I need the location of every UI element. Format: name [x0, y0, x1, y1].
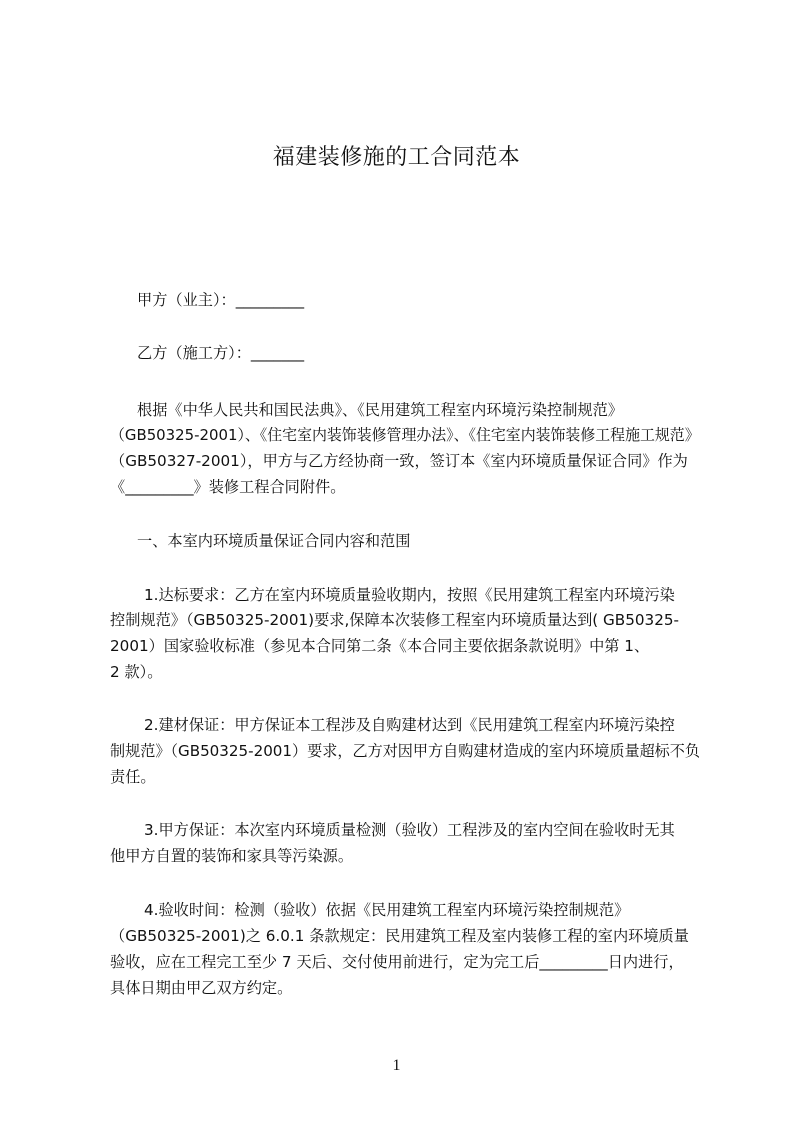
- intro-line: （GB50327-2001），甲方与乙方经协商一致，签订本《室内环境质量保证合同…: [110, 454, 688, 469]
- section-heading: 一、本室内环境质量保证合同内容和范围: [137, 534, 410, 549]
- clause-line: （GB50325-2001)之 6.0.1 条款规定：民用建筑工程及室内装修工程…: [110, 929, 689, 944]
- page-number: 1: [0, 1057, 793, 1075]
- intro-line: 《_________》装修工程合同附件。: [110, 480, 345, 495]
- clause-line: 他甲方自置的装饰和家具等污染源。: [110, 849, 353, 864]
- intro-line: （GB50325-2001）、《住宅室内装饰装修管理办法》、《住宅室内装饰装修工…: [110, 428, 700, 443]
- clause-line: 具体日期由甲乙双方约定。: [110, 981, 292, 996]
- document-title: 福建装修施的工合同范本: [0, 140, 793, 171]
- clause-line: 制规范》（GB50325-2001）要求，乙方对因甲方自购建材造成的室内环境质量…: [110, 744, 700, 759]
- document-page: 福建装修施的工合同范本 甲方（业主）：_________ 乙方（施工方）：___…: [0, 0, 793, 1122]
- party-b-field: 乙方（施工方）：_______: [137, 346, 304, 361]
- clause-line: 2001）国家验收标准（参见本合同第二条《本合同主要依据条款说明》中第 1、: [110, 639, 649, 654]
- intro-line: 根据《中华人民共和国民法典》、《民用建筑工程室内环境污染控制规范》: [137, 403, 623, 418]
- clause-line: 验收，应在工程完工至少 7 天后、交付使用前进行，定为完工后_________日…: [110, 955, 684, 970]
- clause-line: 3.甲方保证：本次室内环境质量检测（验收）工程涉及的室内空间在验收时无其: [144, 823, 675, 838]
- clause-line: 4.验收时间：检测（验收）依据《民用建筑工程室内环境污染控制规范》: [144, 903, 629, 918]
- clause-line: 1.达标要求：乙方在室内环境质量验收期内，按照《民用建筑工程室内环境污染: [144, 588, 675, 603]
- clause-line: 控制规范》（GB50325-2001)要求,保障本次装修工程室内环境质量达到( …: [110, 613, 679, 628]
- clause-line: 2 款）。: [110, 665, 162, 680]
- clause-line: 2.建材保证：甲方保证本工程涉及自购建材达到《民用建筑工程室内环境污染控: [144, 718, 675, 733]
- clause-line: 责任。: [110, 770, 156, 785]
- party-a-field: 甲方（业主）：_________: [137, 293, 304, 308]
